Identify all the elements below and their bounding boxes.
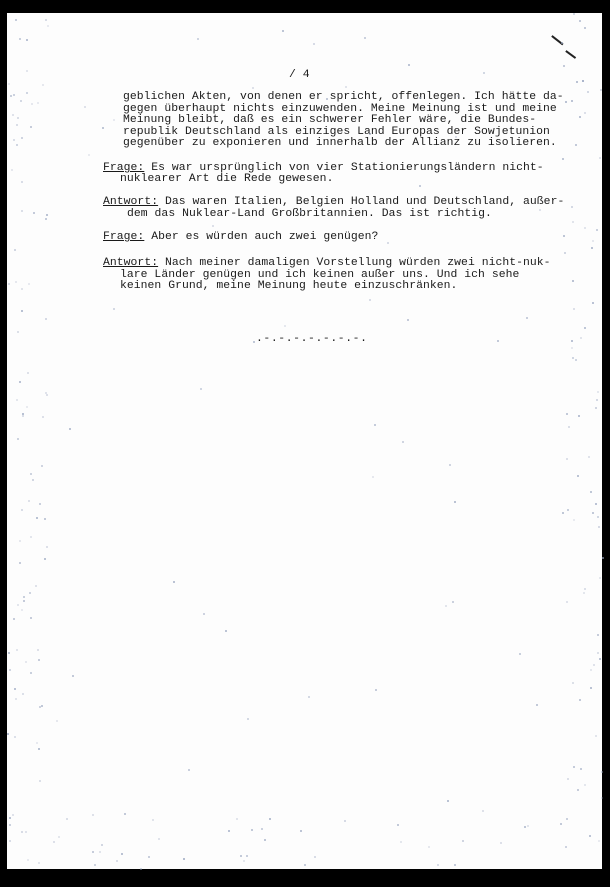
scan-noise [46, 546, 48, 548]
scan-noise [124, 813, 126, 815]
scan-noise [599, 658, 601, 660]
scan-noise [11, 169, 13, 171]
scan-noise [344, 820, 346, 822]
scan-noise [21, 181, 23, 183]
scan-noise [45, 19, 47, 21]
text-line: nuklearer Art die Rede gewesen. [120, 174, 333, 186]
scan-noise [9, 669, 11, 671]
scan-noise [19, 540, 21, 542]
scan-noise [22, 693, 24, 695]
scan-noise [30, 126, 32, 128]
scan-noise [38, 659, 40, 661]
scan-noise [573, 766, 575, 768]
scan-noise [562, 158, 564, 160]
scan-noise [16, 144, 18, 146]
scan-noise [589, 835, 591, 837]
scan-noise [563, 235, 565, 237]
scan-noise [449, 464, 451, 466]
scan-noise [577, 475, 579, 477]
scan-noise [44, 518, 46, 520]
scan-noise [575, 359, 577, 361]
scan-noise [30, 473, 32, 475]
scan-noise [30, 672, 32, 674]
scan-noise [590, 687, 592, 689]
scan-noise [579, 699, 581, 701]
scan-noise [94, 864, 96, 866]
scan-noise [152, 819, 154, 821]
scan-noise [17, 117, 19, 119]
scan-noise [269, 818, 271, 820]
scan-noise [566, 601, 568, 603]
scan-noise [39, 503, 41, 505]
scan-noise [8, 83, 10, 85]
scan-noise [452, 601, 454, 603]
scan-noise [31, 103, 33, 105]
scan-noise [10, 95, 12, 97]
scan-noise [372, 476, 374, 478]
scan-noise [12, 114, 14, 116]
scan-noise [500, 842, 502, 844]
scan-noise [9, 817, 11, 819]
scan-noise [571, 347, 573, 349]
scan-noise [46, 394, 48, 396]
scan-noise [46, 214, 48, 216]
scan-noise [41, 465, 43, 467]
scan-noise [595, 503, 597, 505]
scan-noise [228, 830, 230, 832]
scan-noise [158, 838, 160, 840]
scan-noise [26, 70, 28, 72]
scan-noise [447, 800, 449, 802]
scan-noise [173, 581, 175, 583]
scan-noise [13, 139, 15, 141]
scan-noise [13, 94, 15, 96]
scan-noise [35, 585, 37, 587]
scan-noise [592, 240, 594, 242]
scan-noise [591, 247, 593, 249]
scan-noise [282, 30, 284, 32]
scan-noise [66, 818, 68, 820]
scan-noise [253, 341, 255, 343]
scan-noise [364, 37, 366, 39]
scan-noise [14, 736, 16, 738]
scan-noise [21, 288, 23, 290]
scan-noise [300, 830, 302, 832]
scan-noise [457, 95, 459, 97]
scan-noise [308, 696, 310, 698]
scan-noise [92, 851, 94, 853]
answer-line: Antwort: Nach meiner damaligen Vorstellu… [103, 258, 551, 270]
scan-noise [597, 516, 599, 518]
scan-noise [572, 682, 574, 684]
scan-noise [566, 818, 568, 820]
scan-noise [17, 438, 19, 440]
scan-noise [36, 517, 38, 519]
scan-noise [21, 831, 23, 833]
scan-noise [571, 340, 573, 342]
scan-noise [240, 855, 242, 857]
page-number: / 4 [289, 70, 310, 82]
scan-noise [573, 13, 575, 15]
text-line: keinen Grund, meine Meinung heute einzus… [120, 281, 457, 293]
scan-noise [588, 456, 590, 458]
scan-noise [462, 840, 464, 842]
scan-noise [590, 491, 592, 493]
scan-noise [326, 98, 328, 100]
scan-noise [600, 89, 602, 91]
scan-noise [400, 841, 402, 843]
scan-noise [397, 824, 399, 826]
scan-noise [387, 242, 389, 244]
scan-noise [36, 742, 38, 744]
scan-noise [583, 592, 585, 594]
scan-noise [37, 102, 39, 104]
scan-noise [22, 415, 24, 417]
scan-noise [563, 65, 565, 67]
scan-noise [304, 864, 306, 866]
scan-noise [369, 133, 371, 135]
scan-noise [592, 512, 594, 514]
scan-noise [188, 769, 190, 771]
scan-noise [593, 664, 595, 666]
scan-noise [37, 649, 39, 651]
scan-noise [580, 337, 582, 339]
scan-noise [264, 839, 266, 841]
scan-noise [300, 210, 302, 212]
scan-noise [16, 399, 18, 401]
scan-noise [592, 302, 594, 304]
scan-noise [578, 415, 580, 417]
scan-noise [567, 778, 569, 780]
scan-noise [84, 106, 86, 108]
scan-noise [572, 280, 574, 282]
scan-noise [539, 209, 541, 211]
scan-noise [573, 308, 575, 310]
scan-noise [599, 577, 601, 579]
scan-noise [23, 596, 25, 598]
scan-noise [402, 441, 404, 443]
scan-noise [598, 840, 600, 842]
scan-noise [584, 227, 586, 229]
scan-noise [21, 210, 23, 212]
scan-noise [32, 479, 34, 481]
scan-noise [568, 426, 570, 428]
scan-noise [584, 588, 586, 590]
scan-noise [14, 249, 16, 251]
scan-noise [562, 512, 564, 514]
scan-noise [284, 325, 286, 327]
scan-noise [247, 718, 249, 720]
scan-noise [375, 689, 377, 691]
scan-noise [116, 860, 118, 862]
scan-noise [38, 748, 40, 750]
answer-line: Antwort: Das waren Italien, Belgien Holl… [103, 197, 564, 209]
scan-noise [437, 864, 439, 866]
scan-noise [9, 840, 11, 842]
document-page: / 4 geblichen Akten, von denen er sprich… [7, 13, 602, 869]
scan-noise [601, 797, 603, 799]
scan-noise [58, 836, 60, 838]
scan-noise [14, 688, 16, 690]
scan-noise [21, 509, 23, 511]
scan-noise [598, 526, 600, 528]
scan-noise [445, 605, 447, 607]
scan-noise [28, 283, 30, 285]
scan-noise [313, 43, 315, 45]
scan-noise [419, 97, 421, 99]
scan-noise [45, 318, 47, 320]
scan-noise [407, 319, 409, 321]
scan-noise [23, 600, 25, 602]
text-line: Meinung bleibt, daß es ein schwerer Fehl… [123, 115, 536, 127]
scan-noise [19, 38, 21, 40]
scan-noise [45, 392, 47, 394]
scan-noise [15, 281, 17, 283]
scan-noise [17, 604, 19, 606]
scan-noise [566, 413, 568, 415]
scan-noise [597, 391, 599, 393]
scan-noise [21, 609, 23, 611]
scan-noise [564, 252, 566, 254]
scan-noise [102, 127, 104, 129]
speaker-label: Antwort: [103, 196, 158, 208]
scan-noise [428, 846, 430, 848]
scan-noise [576, 81, 578, 83]
scan-noise [44, 558, 46, 560]
scan-noise [596, 399, 598, 401]
scan-noise [28, 500, 30, 502]
scan-noise [200, 388, 202, 390]
scan-noise [345, 86, 347, 88]
scan-noise [408, 64, 410, 66]
scan-noise [140, 868, 142, 870]
text-line: dem das Nuklear-Land Großbritannien. Das… [127, 209, 492, 221]
scan-noise [15, 19, 17, 21]
scan-noise [597, 652, 599, 654]
scan-noise [26, 39, 28, 41]
scan-noise [92, 814, 94, 816]
scan-noise [575, 144, 577, 146]
scan-noise [455, 136, 457, 138]
scan-noise [252, 87, 254, 89]
scan-noise [22, 413, 24, 415]
scan-noise [565, 846, 567, 848]
scan-noise [72, 675, 74, 677]
scan-noise [25, 661, 27, 663]
scan-noise [571, 100, 573, 102]
scan-noise [53, 841, 55, 843]
scan-noise [536, 704, 538, 706]
scan-noise [571, 206, 573, 208]
scan-noise [27, 372, 29, 374]
scan-noise [69, 428, 71, 430]
scan-noise [113, 119, 115, 121]
end-separator: .-.-.-.-.-.-.-. [256, 334, 368, 346]
scan-noise [25, 831, 27, 833]
scan-noise [16, 124, 18, 126]
scan-noise [88, 154, 90, 156]
scan-noise [369, 299, 371, 301]
scan-noise [565, 101, 567, 103]
scan-noise [17, 331, 19, 333]
scan-noise [572, 221, 574, 223]
text-line: geblichen Akten, von denen er spricht, o… [123, 92, 564, 104]
scan-noise [246, 855, 248, 857]
scan-noise [482, 810, 484, 812]
scan-noise [584, 112, 586, 114]
text-line: gegenüber zu exponieren und innerhalb de… [123, 138, 557, 150]
scan-noise [561, 42, 563, 44]
scan-noise [101, 844, 103, 846]
scan-noise [19, 562, 21, 564]
scan-noise [597, 634, 599, 636]
pen-mark [566, 50, 577, 58]
scan-noise [587, 91, 589, 93]
scan-noise [454, 864, 456, 866]
scan-noise [29, 592, 31, 594]
scan-noise [27, 859, 29, 861]
scan-noise [560, 823, 562, 825]
scan-noise [261, 828, 263, 830]
speaker-label: Antwort: [103, 257, 158, 269]
question-line: Frage: Aber es würden auch zwei genügen? [103, 232, 378, 244]
scan-noise [454, 501, 456, 503]
scan-noise [30, 536, 32, 538]
scan-noise [47, 25, 49, 27]
scan-noise [579, 116, 581, 118]
scan-noise [13, 618, 15, 620]
scan-noise [39, 780, 41, 782]
scan-noise [314, 856, 316, 858]
scan-noise [346, 263, 348, 265]
scan-noise [419, 185, 421, 187]
scan-noise [236, 818, 238, 820]
scan-noise [573, 519, 575, 521]
scan-noise [113, 308, 115, 310]
scan-noise [7, 733, 9, 735]
scan-noise [596, 229, 598, 231]
scan-noise [251, 829, 253, 831]
scan-noise [12, 814, 14, 816]
scan-noise [577, 789, 579, 791]
scan-noise [579, 20, 581, 22]
scan-noise [243, 860, 245, 862]
scan-noise [42, 416, 44, 418]
scan-noise [590, 669, 592, 671]
scan-noise [30, 617, 32, 619]
scan-noise [212, 225, 214, 227]
scan-noise [183, 858, 185, 860]
scan-noise [580, 768, 582, 770]
scan-noise [566, 458, 568, 460]
scan-noise [39, 706, 41, 708]
scan-noise [26, 406, 28, 408]
scan-noise [38, 862, 40, 864]
scan-noise [601, 771, 603, 773]
scan-noise [526, 317, 528, 319]
scan-noise [582, 80, 584, 82]
scan-noise [99, 851, 101, 853]
scan-noise [599, 157, 601, 159]
scan-noise [595, 407, 597, 409]
scan-noise [584, 784, 586, 786]
scan-noise [483, 72, 485, 74]
scan-noise [21, 310, 23, 312]
scan-noise [15, 698, 17, 700]
scan-noise [20, 100, 22, 102]
scan-noise [197, 38, 199, 40]
scan-noise [177, 105, 179, 107]
scan-noise [602, 557, 604, 559]
speaker-label: Frage: [103, 231, 144, 243]
scan-noise [21, 137, 23, 139]
scan-noise [26, 92, 28, 94]
scan-noise [42, 84, 44, 86]
scan-noise [519, 653, 521, 655]
scan-noise [8, 283, 10, 285]
scan-noise [567, 509, 569, 511]
scan-noise [16, 649, 18, 651]
scan-noise [148, 856, 150, 858]
scan-noise [56, 720, 58, 722]
scan-noise [203, 613, 205, 615]
scan-noise [584, 27, 586, 29]
scan-noise [595, 735, 597, 737]
scan-noise [225, 630, 227, 632]
scan-noise [497, 340, 499, 342]
scan-noise [33, 212, 35, 214]
scan-noise [584, 327, 586, 329]
scan-noise [8, 652, 10, 654]
scan-noise [374, 424, 376, 426]
scan-noise [9, 824, 11, 826]
scan-noise [121, 853, 123, 855]
scan-noise [19, 381, 21, 383]
scan-noise [45, 218, 47, 220]
scan-noise [527, 825, 529, 827]
